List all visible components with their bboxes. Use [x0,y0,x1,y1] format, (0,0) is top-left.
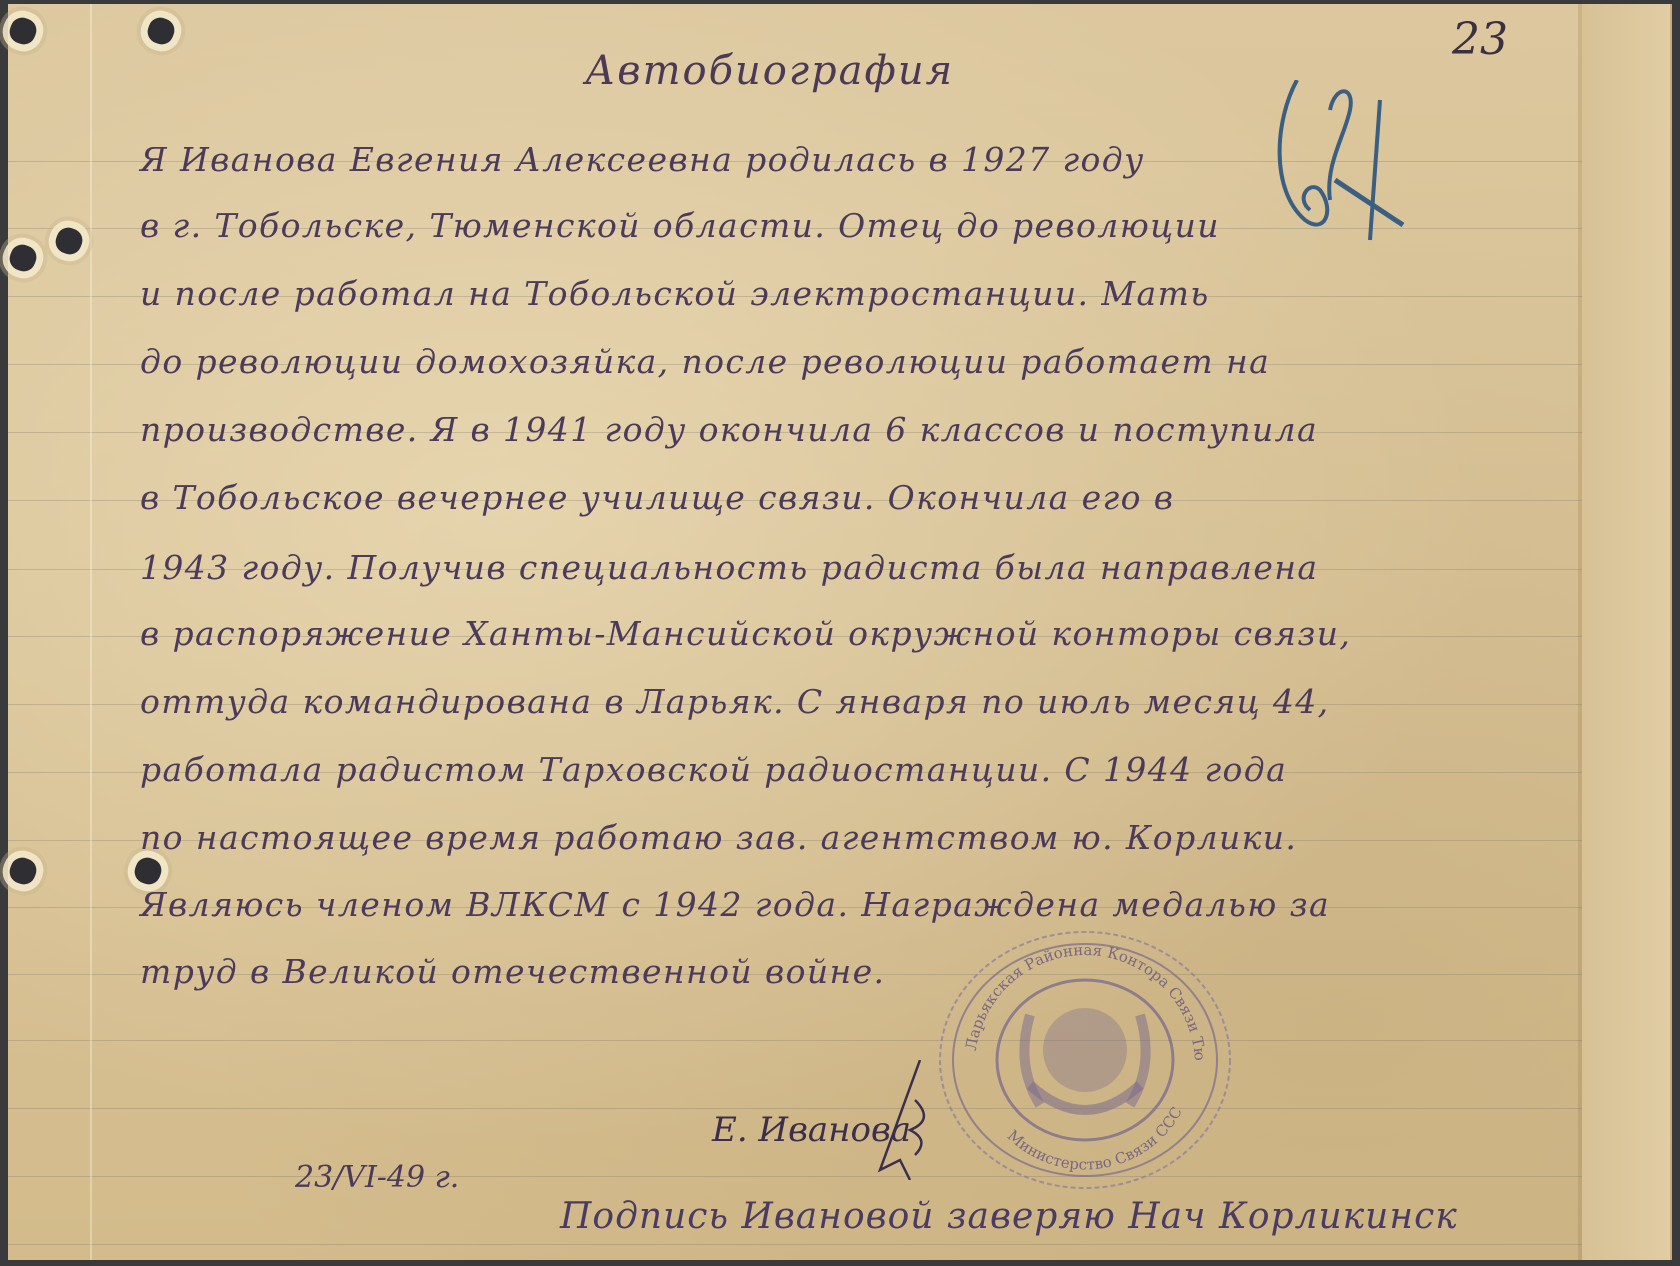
body-line: в Тобольское вечернее училище связи. Око… [140,478,1174,517]
body-line: производстве. Я в 1941 году окончила 6 к… [140,410,1318,449]
body-line: по настоящее время работаю зав. агентств… [140,818,1297,857]
body-line: Я Иванова Евгения Алексеевна родилась в … [140,140,1145,179]
ruled-line [8,1176,1670,1177]
body-line: до революции домохозяйка, после революци… [140,342,1270,381]
body-line: в распоряжение Ханты-Мансийской окружной… [140,614,1351,653]
body-line: работала радистом Тарховской радиостанци… [140,750,1287,789]
ruled-line [8,1040,1670,1041]
body-line: и после работал на Тобольской электроста… [140,274,1210,313]
signature-flourish-icon [860,1060,950,1180]
page-number: 23 [1452,14,1508,65]
right-margin-strip [1582,4,1670,1260]
fold-line [90,4,92,1260]
official-stamp: Ларьякская Районная Контора Связи Тюменс… [935,925,1235,1190]
ruled-line [8,1244,1670,1245]
document-date: 23/VI-49 г. [295,1160,459,1195]
document-title: Автобиография [585,48,954,94]
body-line: 1943 году. Получив специальность радиста… [140,548,1319,587]
body-line: в г. Тобольске, Тюменской области. Отец … [140,206,1220,245]
body-line: оттуда командирована в Ларьяк. С января … [140,682,1330,721]
body-line: труд в Великой отечественной войне. [140,952,885,991]
ruled-line [8,1108,1670,1109]
body-line: Являюсь членом ВЛКСМ с 1942 года. Награж… [140,885,1330,924]
certification-note: Подпись Ивановой заверяю Нач Корликинск [560,1196,1458,1237]
blue-pencil-annotation-icon [1275,80,1405,250]
coat-of-arms-icon [1043,1008,1127,1092]
